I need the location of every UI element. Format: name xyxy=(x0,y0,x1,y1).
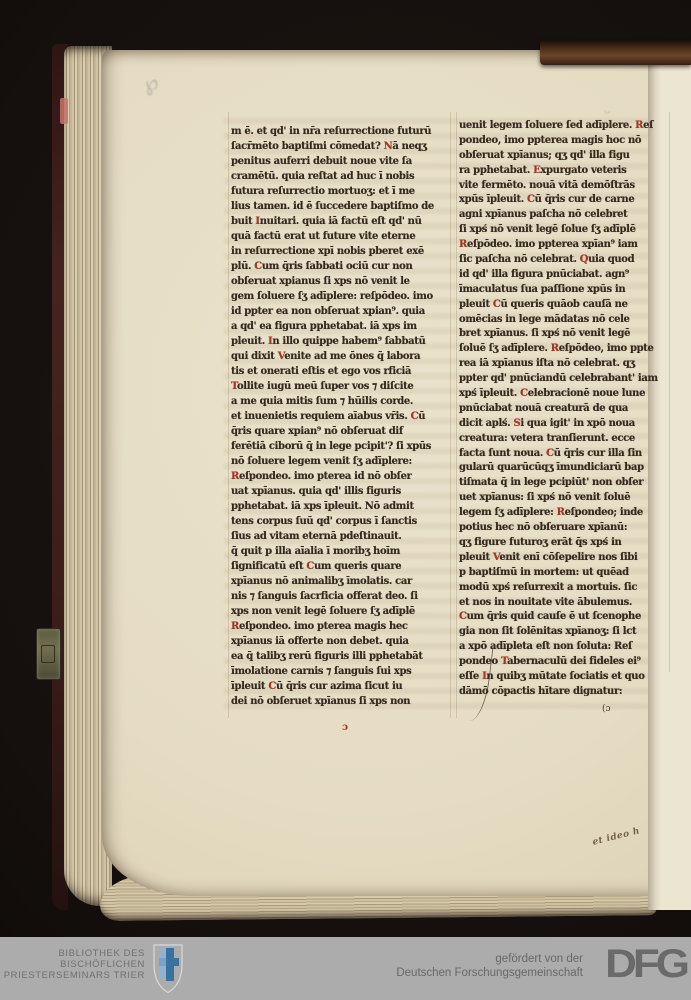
manuscript-line: facta ſunt noua. Cū q̄ris cur illa ſin xyxy=(459,447,669,462)
manuscript-line: rea iā xpīanus iſta nō celebrat. qʒ xyxy=(459,357,669,372)
manuscript-line: xpūs īpleuit. Cū q̄ris cur de carne xyxy=(459,193,669,208)
rubric-initial: C xyxy=(546,448,554,459)
manuscript-line: ſignificatū eſt Cum queris quare xyxy=(231,559,449,574)
text-column-right: uenit legem ſoluere ſed adīplere. Reſpon… xyxy=(459,119,669,700)
dfg-logo: DFG xyxy=(586,942,686,987)
manuscript-line: ppter qd' pnūciandū celebrabant' iam xyxy=(459,372,669,387)
manuscript-line: tis et onerati eſtis et ego vos rficiā xyxy=(231,364,449,379)
manuscript-line: m ē. et qd' in nr̄a reſurrectione futurū xyxy=(231,124,449,139)
manuscript-line: pondeo, imo ppterea magis hoc nō xyxy=(459,134,669,149)
book-clasp xyxy=(36,628,61,680)
page-marker-tab xyxy=(60,98,68,124)
rubric-initial: R xyxy=(459,239,467,250)
manuscript-line: obſeruat xpianus ſi xps nō venit le xyxy=(231,274,449,289)
manuscript-line: plū. Cum q̄ris ſabbati ociū cur non xyxy=(231,259,449,274)
manuscript-line: xps non venit legē ſoluere ſʒ adīplē xyxy=(231,604,449,619)
library-credit-line: PRIESTERSEMINARS TRIER xyxy=(4,970,145,981)
manuscript-line: quā factū erat ut future vite eterne xyxy=(231,229,449,244)
manuscript-line: gularū quarūcūqʒ īmundiciarū bap xyxy=(459,461,669,476)
manuscript-line: gem ſoluere ſʒ adīplere: reſpōdeo. imo xyxy=(231,289,449,304)
manuscript-line: ea q̄ talibʒ rerū figuris illi pphetabāt xyxy=(231,649,449,664)
manuscript-line: xpīanus iā offerte non debet. quia xyxy=(231,634,449,649)
ruling-line xyxy=(228,112,229,718)
manuscript-line: īpleuit Cū q̄ris cur azima ſicut iu xyxy=(231,679,449,694)
manuscript-line: ſoluē ſʒ adīplere. Reſpōdeo, imo ppte xyxy=(459,342,669,357)
footer-bar: BIBLIOTHEK DES BISCHÖFLICHEN PRIESTERSEM… xyxy=(0,937,691,1000)
library-shield-logo-icon xyxy=(151,944,185,994)
manuscript-line: a qd' ea figura pphetabat. iā xps im xyxy=(231,319,449,334)
manuscript-line: Reſpondeo. imo pterea id nō obſer xyxy=(231,469,449,484)
manuscript-line: ra pphetabat. Expurgato veteris xyxy=(459,164,669,179)
rubric-initial: Q xyxy=(580,254,588,265)
ruling-line xyxy=(450,112,451,718)
manuscript-line: īmolatione carnis ⁊ ſanguis ſui xps xyxy=(231,664,449,679)
library-credit: BIBLIOTHEK DES BISCHÖFLICHEN PRIESTERSEM… xyxy=(4,948,145,981)
manuscript-line: xpś īpleuit. Celebracionē noue lune xyxy=(459,387,669,402)
manuscript-line: ſic paſcha nō celebrat. Quia quod xyxy=(459,253,669,268)
rubric-initial: C xyxy=(411,411,419,422)
manuscript-line: pnūciabat nouā creaturā de qua xyxy=(459,402,669,417)
rubric-initial: R xyxy=(557,507,565,518)
manuscript-line: creatura: vetera tranſierunt. ecce xyxy=(459,432,669,447)
rubric-initial: I xyxy=(255,216,259,227)
manuscript-line: agni xpīanus paſcha nō celebret xyxy=(459,208,669,223)
manuscript-line: Reſpōdeo. imo ppterea xpīan⁹ iam xyxy=(459,238,669,253)
manuscript-line: pleuit Cū queris quāob cauſā ne xyxy=(459,298,669,313)
rubric-initial: N xyxy=(384,141,393,152)
library-credit-line: BISCHÖFLICHEN xyxy=(4,959,145,970)
manuscript-line: tiſmata q̄ in lege pcipiūt' non obſer xyxy=(459,476,669,491)
rubric-initial: R xyxy=(635,120,643,131)
manuscript-line: uenit legem ſoluere ſed adīplere. Reſ xyxy=(459,119,669,134)
rubric-initial: C xyxy=(254,261,262,272)
funding-credit: gefördert von der Deutschen Forschungsge… xyxy=(396,953,583,980)
manuscript-line: cramētū. quia reſtat ad huc ī nobis xyxy=(231,169,449,184)
manuscript-line: bret xpīanus. ſi xpś nō venit legē xyxy=(459,327,669,342)
manuscript-line: p baptiſmū in mortem: ut quēad xyxy=(459,566,669,581)
funding-credit-line: Deutschen Forschungsgemeinschaft xyxy=(396,967,583,981)
library-credit-line: BIBLIOTHEK DES xyxy=(4,948,145,959)
manuscript-line: gia non ſit ſolēnitas xpīanoʒ: ſi lct xyxy=(459,625,669,640)
manuscript-line: ſacr̄mēto baptiſmi cōmedat? Nā neqʒ xyxy=(231,139,449,154)
manuscript-line: modū xpś reſurrexit a mortuis. ſic xyxy=(459,581,669,596)
manuscript-line: ſi xpś nō venit legē ſolue ſʒ adīplē xyxy=(459,223,669,238)
manuscript-line: xpīanus nō animalibʒ īmolatis. car xyxy=(231,574,449,589)
rubric-initial: S xyxy=(513,418,520,429)
rubric-initial: E xyxy=(533,165,540,176)
rubric-initial: R xyxy=(551,343,559,354)
book-top-binding-edge xyxy=(540,40,691,65)
manuscript-line: et inuenietis requiem aīabus vr̄is. Cū xyxy=(231,409,449,424)
manuscript-line: in reſurrectione xpī nobis pberet exē xyxy=(231,244,449,259)
manuscript-line: īmaculatus ſua paſſione xpūs in xyxy=(459,283,669,298)
manuscript-line: ferētiā ciborū q̄ in lege pcipit'? ſi xp… xyxy=(231,439,449,454)
rubric-initial: R xyxy=(231,471,239,482)
manuscript-line: qʒ figure futuroʒ erāt q̄s xpś in xyxy=(459,536,669,551)
rubric-initial: C xyxy=(520,388,528,399)
manuscript-line: omēcias in lege mādatas nō cele xyxy=(459,313,669,328)
rubric-initial: I xyxy=(268,336,272,347)
manuscript-line: pleuit Venit enī cōſepelire nos ſibi xyxy=(459,551,669,566)
manuscript-line: futura reſurrectio mortuoʒ: et ī me xyxy=(231,184,449,199)
rubric-initial: V xyxy=(278,351,285,362)
manuscript-line: uet xpīanus: ſi xpś nō venit ſoluē xyxy=(459,491,669,506)
manuscript-line: q̄ris quare xpian⁹ nō obſeruat dif xyxy=(231,424,449,439)
manuscript-line: nō ſoluere legem venit ſʒ adīplere: xyxy=(231,454,449,469)
manuscript-line: vite fermēto. nouā vitā demōſtrās xyxy=(459,179,669,194)
ink-paragraph-mark: (ɔ xyxy=(602,704,611,714)
rubric-initial: T xyxy=(501,656,507,667)
rubric-initial: C xyxy=(493,299,501,310)
rubric-initial: T xyxy=(231,381,237,392)
rubric-initial: C xyxy=(527,194,535,205)
manuscript-line: id ppter ea non obſeruat xpian⁹. quia xyxy=(231,304,449,319)
manuscript-line: ſius ad vitam eternā pdeſtinauit. xyxy=(231,529,449,544)
manuscript-line: buit Inuitari. quia iā factū eſt qd' nū xyxy=(231,214,449,229)
manuscript-line: Reſpondeo. imo pterea magis hec xyxy=(231,619,449,634)
manuscript-line: Cum q̄ris quid cauſe ē ut ſcenophe xyxy=(459,610,669,625)
manuscript-line: uat xpīanus. quia qd' illis figuris xyxy=(231,484,449,499)
digitized-manuscript-screenshot: m ē. et qd' in nr̄a reſurrectione futurū… xyxy=(0,0,691,1000)
rubric-initial: V xyxy=(493,552,500,563)
photo-background: m ē. et qd' in nr̄a reſurrectione futurū… xyxy=(0,0,691,937)
manuscript-line: pphetabat. iā xps īpleuit. Nō admit xyxy=(231,499,449,514)
manuscript-line: nis ⁊ ſanguis ſacrficia offerat deo. ſi xyxy=(231,589,449,604)
rubric-initial: C xyxy=(268,681,276,692)
manuscript-line: dicit aplś. Si qua igit' in xpō noua xyxy=(459,417,669,432)
manuscript-line: dei nō obſeruet xpīanus ſi xps non xyxy=(231,694,449,709)
manuscript-line: Tollite iugū meū ſuper vos ⁊ diſcite xyxy=(231,379,449,394)
manuscript-line: et nos in nouitate vite ābulemus. xyxy=(459,596,669,611)
manuscript-line: potius hec nō obſeruare xpīanū: xyxy=(459,521,669,536)
manuscript-line: tens corpus ſuū qd' corpus ī ſanctis xyxy=(231,514,449,529)
text-column-left: m ē. et qd' in nr̄a reſurrectione futurū… xyxy=(231,124,449,709)
funding-credit-line: gefördert von der xyxy=(396,953,583,967)
manuscript-line: q̄ quit p illa aīalia ī moribʒ hoīm xyxy=(231,544,449,559)
manuscript-line: qui dixit Venite ad me ōnes q̄ labora xyxy=(231,349,449,364)
manuscript-line: pleuit. In illo quippe habem⁹ ſabbatū xyxy=(231,334,449,349)
manuscript-line: obſeruat xpīanus; qʒ qd' illa figu xyxy=(459,149,669,164)
rubric-initial: C xyxy=(306,561,314,572)
ruling-line xyxy=(456,112,457,718)
manuscript-line: dāmō cōpactis hītare dignatur: xyxy=(459,685,669,700)
rubric-initial: C xyxy=(459,611,467,622)
red-quire-mark: ɔ xyxy=(342,722,348,733)
manuscript-line: id qd' illa figura pnūciabat. agn⁹ xyxy=(459,268,669,283)
rubric-initial: R xyxy=(231,621,239,632)
manuscript-line: a me quia mitis ſum ⁊ hūilis corde. xyxy=(231,394,449,409)
manuscript-line: legem ſʒ adīplere: Reſpondeo; inde xyxy=(459,506,669,521)
manuscript-line: lius tamen. id ē ſuccedere baptiſmo de xyxy=(231,199,449,214)
ruling-line xyxy=(669,112,670,672)
manuscript-line: penitus auferri debuit noue vite ſa xyxy=(231,154,449,169)
